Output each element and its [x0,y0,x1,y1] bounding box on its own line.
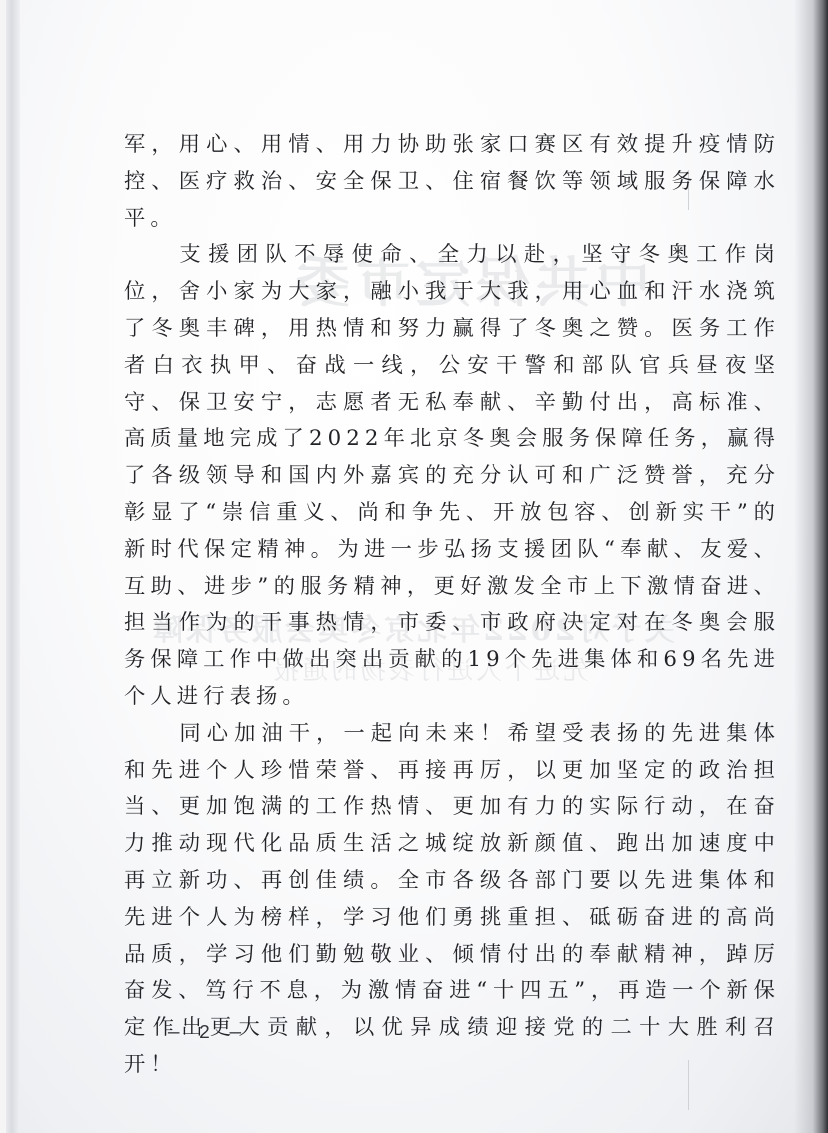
document-body: 军，用心、用情、用力协助张家口赛区有效提升疫情防控、医疗救治、安全保卫、住宿餐饮… [124,127,780,1084]
scanned-document-page: 中共保定市委 关于对2022年北京冬奥会服务保障 先进个人进行表扬的通报 军，用… [0,0,828,1133]
page-right-shadow [794,0,828,1133]
page-number: — 2 — [168,1022,245,1044]
paragraph: 军，用心、用情、用力协助张家口赛区有效提升疫情防控、医疗救治、安全保卫、住宿餐饮… [124,127,780,237]
paragraph: 支援团队不辱使命、全力以赴，坚守冬奥工作岗位，舍小家为大家，融小我于大我，用心血… [124,237,780,715]
page-left-shadow [6,0,20,1133]
